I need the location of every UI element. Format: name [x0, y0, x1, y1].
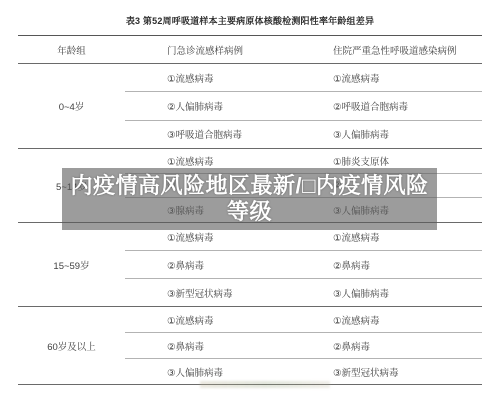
overlay-ad-banner[interactable]: 内疫情高风险地区最新/□内疫情风险 等级	[62, 168, 437, 230]
table-subrow: ①流感病毒 ①流感病毒	[125, 307, 482, 332]
overlay-headline-line2: 等级	[227, 199, 272, 225]
table-cell: ①肺炎支原体	[315, 154, 482, 168]
table-subrow: ③人偏肺病毒 ③新型冠状病毒	[125, 358, 482, 384]
table-row: 0~4岁 ①流感病毒 ①流感病毒 ②人偏肺病毒 ②呼吸道合胞病毒 ③呼吸道合胞病…	[18, 64, 482, 149]
table-row: 15~59岁 ①流感病毒 ①流感病毒 ②鼻病毒 ②鼻病毒 ③新型冠状病毒 ③人偏…	[18, 223, 482, 307]
table-cell: ①流感病毒	[315, 313, 482, 327]
table-cell: ②鼻病毒	[315, 258, 482, 272]
table-cell: ②人偏肺病毒	[125, 99, 315, 113]
table-cell: ②鼻病毒	[315, 339, 482, 353]
table-subrow: ②鼻病毒 ②鼻病毒	[125, 250, 482, 278]
header-age-group: 年龄组	[18, 43, 125, 57]
table-cell: ①流感病毒	[125, 71, 315, 85]
table-cell: ①流感病毒	[125, 230, 315, 244]
table-cell: ①流感病毒	[125, 154, 315, 168]
table-subrow: ①流感病毒 ①流感病毒	[125, 64, 482, 91]
table-subrow: ③呼吸道合胞病毒 ③人偏肺病毒	[125, 120, 482, 148]
table-cell: ③人偏肺病毒	[315, 127, 482, 141]
table-cell: ③人偏肺病毒	[315, 286, 482, 300]
age-group-label: 15~59岁	[18, 223, 125, 306]
table-cell: ①流感病毒	[315, 230, 482, 244]
screenshot-root: 表3 第52周呼吸道样本主要病原体核酸检测阳性率年龄组差异 年龄组 门急诊流感样…	[0, 0, 500, 402]
header-inpatient-sari: 住院严重急性呼吸道感染病例	[315, 43, 482, 57]
table-subrow: ②鼻病毒 ②鼻病毒	[125, 332, 482, 358]
table-header-row: 年龄组 门急诊流感样病例 住院严重急性呼吸道感染病例	[18, 36, 482, 64]
overlay-headline-line1: 内疫情高风险地区最新/□内疫情风险	[71, 173, 429, 199]
age-group-label: 0~4岁	[18, 64, 125, 148]
age-group-label: 60岁及以上	[18, 307, 125, 384]
table-subrow: ②人偏肺病毒 ②呼吸道合胞病毒	[125, 91, 482, 119]
table-cell: ②呼吸道合胞病毒	[315, 99, 482, 113]
table-cell: ③新型冠状病毒	[125, 286, 315, 300]
table-cell: ③人偏肺病毒	[125, 365, 315, 379]
table-cell: ③新型冠状病毒	[315, 365, 482, 379]
table-cell: ①流感病毒	[315, 71, 482, 85]
header-outpatient-ili: 门急诊流感样病例	[125, 43, 315, 57]
table-subrow: ③新型冠状病毒 ③人偏肺病毒	[125, 278, 482, 306]
table-row: 60岁及以上 ①流感病毒 ①流感病毒 ②鼻病毒 ②鼻病毒 ③人偏肺病毒 ③新型冠…	[18, 307, 482, 385]
table-title: 表3 第52周呼吸道样本主要病原体核酸检测阳性率年龄组差异	[0, 14, 500, 27]
table-cell: ②鼻病毒	[125, 339, 315, 353]
table-cell: ③呼吸道合胞病毒	[125, 127, 315, 141]
table-cell: ②鼻病毒	[125, 258, 315, 272]
table-cell: ①流感病毒	[125, 313, 315, 327]
